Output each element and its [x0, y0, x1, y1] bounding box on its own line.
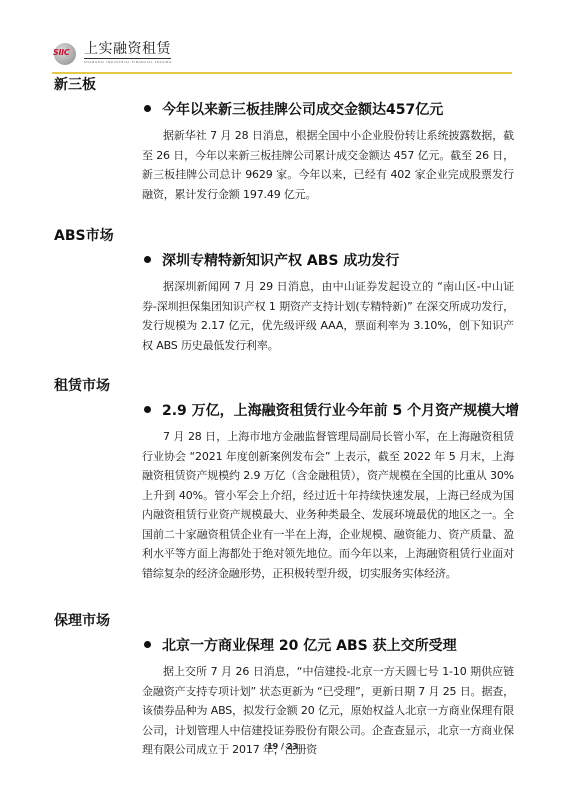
- article-body-leasing: 7 月 28 日，上海市地方金融监督管理局副局长管小军，在上海融资租赁行业协会 …: [142, 427, 514, 583]
- page-number: 19 / 23: [0, 742, 565, 751]
- section-title-abs: ABS市场: [54, 228, 114, 244]
- page-header: SIIC 上实融资租赁 SHANGHAI INDUSTRIAL FINANCIA…: [52, 38, 512, 74]
- company-name: 上实融资租赁: [84, 41, 171, 59]
- headline-text: 北京一方商业保理 20 亿元 ABS 获上交所受理: [162, 638, 457, 654]
- headline-factoring: 北京一方商业保理 20 亿元 ABS 获上交所受理: [140, 638, 520, 654]
- company-name-en: SHANGHAI INDUSTRIAL FINANCIAL LEASING: [84, 60, 172, 64]
- section-title-neeq: 新三板: [54, 77, 96, 93]
- bullet-icon: [144, 105, 151, 112]
- logo-mark-text: SIIC: [53, 49, 83, 57]
- headline-abs: 深圳专精特新知识产权 ABS 成功发行: [140, 253, 520, 269]
- headline-leasing: 2.9 万亿，上海融资租赁行业今年前 5 个月资产规模大增: [140, 403, 520, 419]
- header-divider: [52, 72, 512, 74]
- bullet-icon: [144, 256, 151, 263]
- headline-text: 今年以来新三板挂牌公司成交金额达457亿元: [162, 102, 443, 118]
- section-title-leasing: 租赁市场: [54, 378, 110, 394]
- headline-neeq: 今年以来新三板挂牌公司成交金额达457亿元: [140, 102, 520, 118]
- article-body-abs: 据深圳新闻网 7 月 29 日消息，由中山证券发起设立的 “南山区-中山证券-深…: [142, 277, 514, 355]
- section-title-factoring: 保理市场: [54, 613, 110, 629]
- bullet-icon: [144, 406, 151, 413]
- headline-text: 深圳专精特新知识产权 ABS 成功发行: [162, 253, 399, 269]
- company-logo: SIIC 上实融资租赁 SHANGHAI INDUSTRIAL FINANCIA…: [54, 41, 172, 69]
- bullet-icon: [144, 641, 151, 648]
- headline-text: 2.9 万亿，上海融资租赁行业今年前 5 个月资产规模大增: [162, 403, 519, 419]
- article-body-neeq: 据新华社 7 月 28 日消息，根据全国中小企业股份转让系统披露数据，截至 26…: [142, 126, 514, 204]
